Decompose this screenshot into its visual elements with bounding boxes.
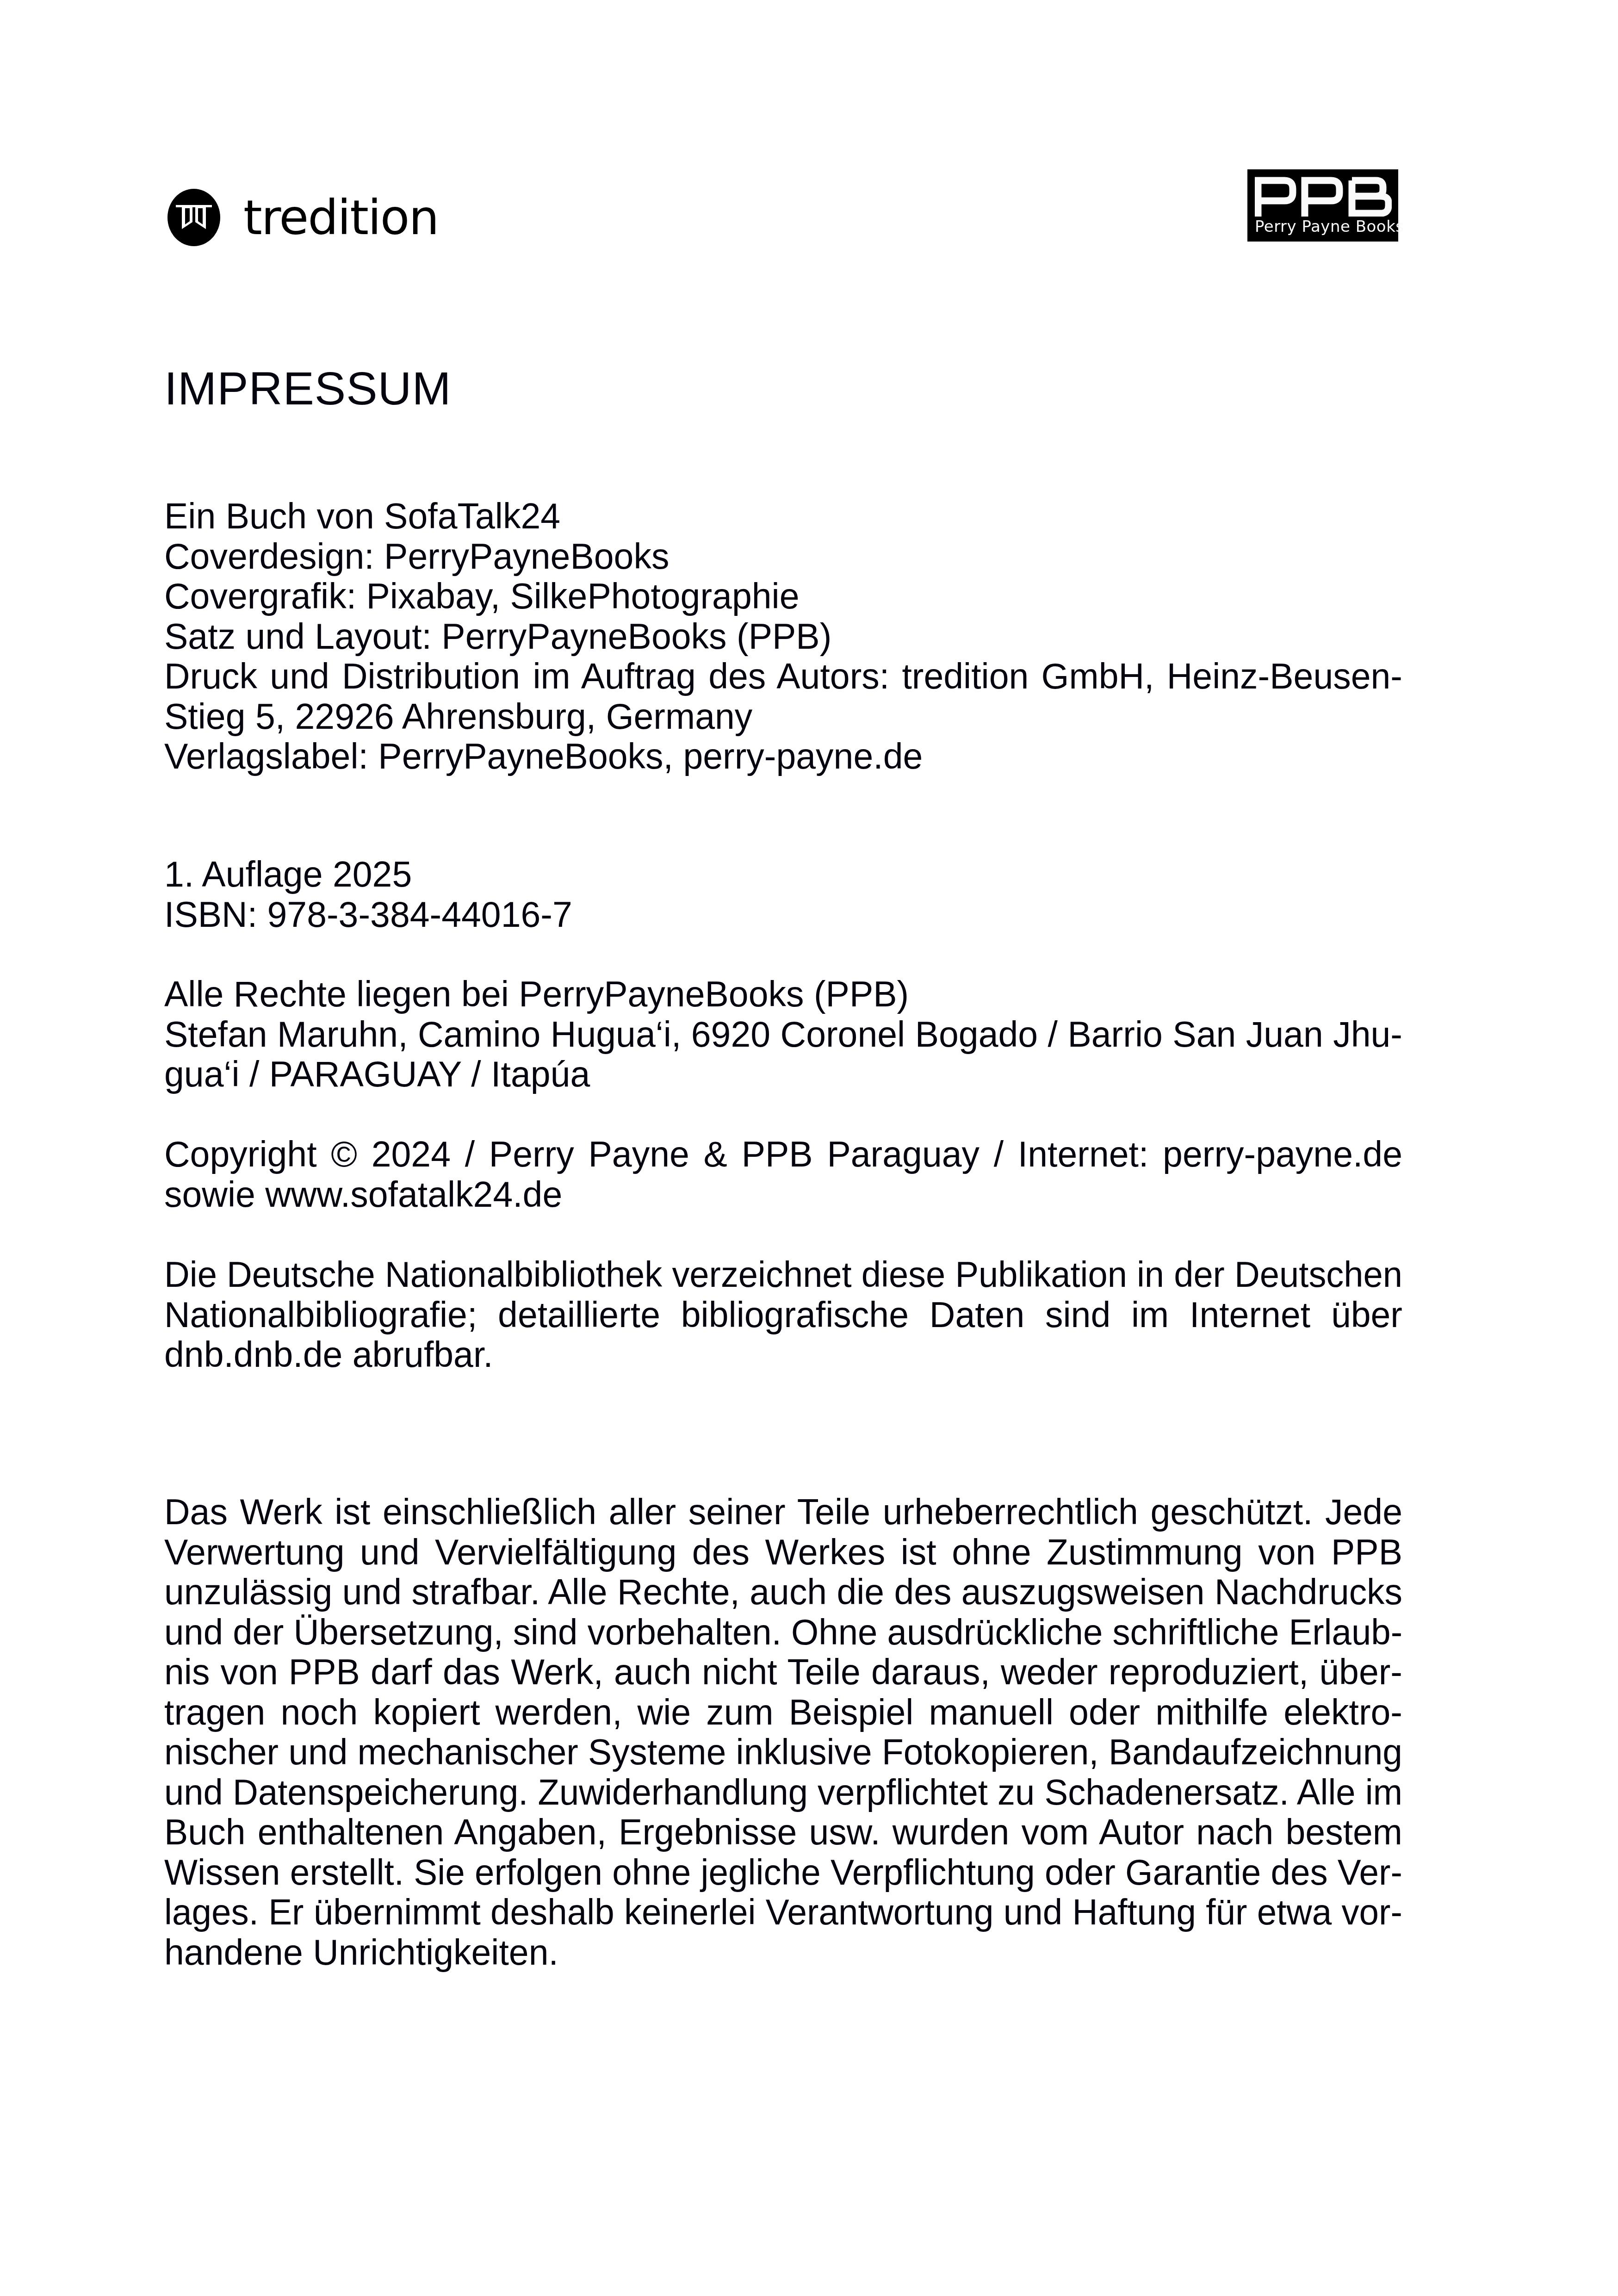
- isbn-line: ISBN: 978-3-384-44016-7: [164, 895, 1402, 935]
- dnb-line: Nationalbibliografie; detaillierte bibli…: [164, 1295, 1402, 1335]
- edition-block: 1. Auflage 2025 ISBN: 978-3-384-44016-7: [164, 855, 1402, 935]
- dnb-line: dnb.dnb.de abrufbar.: [164, 1335, 1402, 1375]
- credits-block: Ein Buch von SofaTalk24 Coverdesign: Per…: [164, 496, 1402, 777]
- dnb-notice-block: Die Deutsche Nationalbibliothek verzeich…: [164, 1255, 1402, 1375]
- legal-line: nis von PPB darf das Werk, auch nicht Te…: [164, 1652, 1402, 1693]
- copyright-line: sowie www.sofatalk24.de: [164, 1175, 1402, 1215]
- credit-line: Druck und Distribution im Auftrag des Au…: [164, 657, 1402, 697]
- legal-line: lages. Er übernimmt deshalb keinerlei Ve…: [164, 1893, 1393, 1933]
- edition-line: 1. Auflage 2025: [164, 855, 1402, 895]
- legal-line: und der Übersetzung, sind vorbehalten. O…: [164, 1613, 1389, 1653]
- legal-line: Das Werk ist einschließlich aller seiner…: [164, 1492, 1402, 1533]
- copyright-line: Copyright © 2024 / Perry Payne & PPB Par…: [164, 1135, 1402, 1175]
- credit-line: Covergrafik: Pixabay, SilkePhotographie: [164, 577, 1402, 617]
- legal-line: Verwertung und Vervielfältigung des Werk…: [164, 1533, 1402, 1573]
- legal-line: und Datenspeicherung. Zuwiderhandlung ve…: [164, 1773, 1387, 1813]
- ppb-monogram: [1255, 177, 1392, 217]
- rights-line: Alle Rechte liegen bei PerryPayneBooks (…: [164, 974, 1402, 1015]
- rights-block: Alle Rechte liegen bei PerryPayneBooks (…: [164, 974, 1402, 1095]
- legal-line: Buch enthaltenen Angaben, Ergebnisse usw…: [164, 1812, 1402, 1853]
- ppb-name: Perry Payne Books: [1255, 217, 1395, 237]
- credit-line: Satz und Layout: PerryPayneBooks (PPB): [164, 617, 1402, 657]
- tredition-t-mark-icon: [167, 188, 221, 247]
- legal-line: nischer und mechanischer Systeme inklusi…: [164, 1732, 1397, 1773]
- credit-line: Ein Buch von SofaTalk24: [164, 496, 1402, 537]
- ppb-logo: Perry Payne Books: [1247, 169, 1398, 242]
- credit-line: Coverdesign: PerryPayneBooks: [164, 537, 1402, 577]
- address-line: gua‘i / PARAGUAY / Itapúa: [164, 1055, 1402, 1095]
- legal-line: unzulässig und strafbar. Alle Rechte, au…: [164, 1572, 1401, 1613]
- address-line: Stefan Maruhn, Camino Hugua‘i, 6920 Coro…: [164, 1015, 1402, 1055]
- legal-notice-block: Das Werk ist einschließlich aller seiner…: [164, 1492, 1402, 1973]
- legal-line: handene Unrichtigkeiten.: [164, 1933, 1402, 1973]
- tredition-wordmark: tredition: [243, 193, 438, 242]
- dnb-line: Die Deutsche Nationalbibliothek verzeich…: [164, 1255, 1385, 1295]
- credit-line: Verlagslabel: PerryPayneBooks, perry-pay…: [164, 737, 1402, 777]
- copyright-block: Copyright © 2024 / Perry Payne & PPB Par…: [164, 1135, 1402, 1215]
- tredition-logo: tredition: [167, 187, 438, 248]
- page-title: IMPRESSUM: [164, 366, 452, 412]
- credit-line: Stieg 5, 22926 Ahrensburg, Germany: [164, 697, 1402, 737]
- legal-line: Wissen erstellt. Sie erfolgen ohne jegli…: [164, 1853, 1393, 1893]
- legal-line: tragen noch kopiert werden, wie zum Beis…: [164, 1693, 1402, 1733]
